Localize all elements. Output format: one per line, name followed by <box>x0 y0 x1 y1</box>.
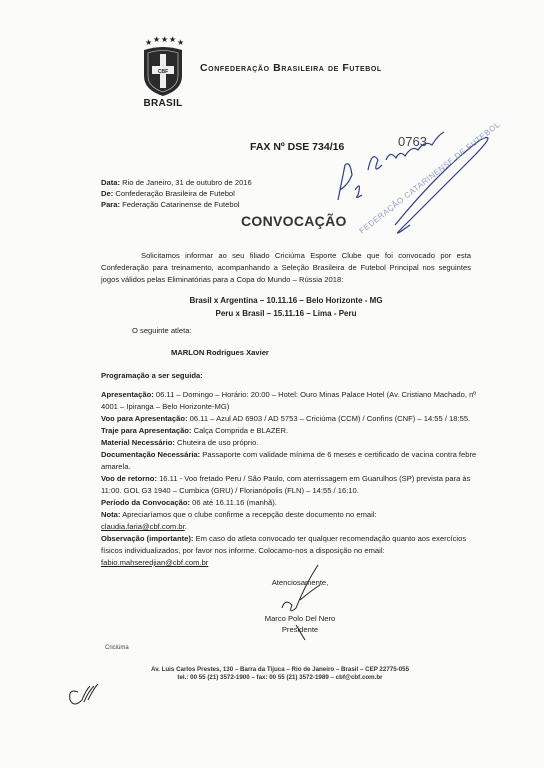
initials-icon <box>0 0 544 768</box>
